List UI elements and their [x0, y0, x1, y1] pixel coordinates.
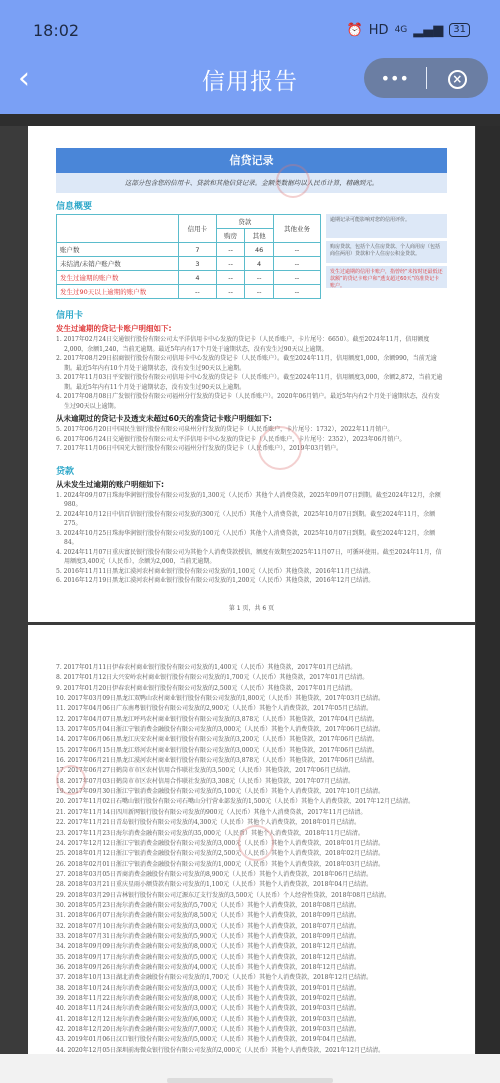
- list-item: 41. 2018年12月12日海尔消费金融有限公司发放的6,000元（人民币）其…: [56, 1015, 445, 1025]
- list-item: 43. 2019年01月06日汉口银行股份有限公司发放的5,000元（人民币）其…: [56, 1035, 445, 1045]
- list-item: 35. 2018年09月17日海尔消费金融有限公司发放的5,000元（人民币）其…: [56, 953, 445, 963]
- list-item: 13. 2017年05月04日浙江宁银消费金融股份有限公司发放的3,000元（人…: [56, 725, 445, 735]
- hd-indicator: HD: [369, 23, 389, 38]
- overdue-cards-title: 发生过逾期的贷记卡账户明细如下:: [56, 323, 475, 334]
- status-time: 18:02: [33, 21, 79, 40]
- list-item: 16. 2017年06月21日黑龙江漠河农村商业银行股份有限公司发放的3,878…: [56, 756, 445, 766]
- summary-heading: 信息概要: [56, 199, 475, 212]
- home-indicator[interactable]: [167, 1078, 333, 1083]
- list-item: 14. 2017年06月06日黑龙江庆安农村商业银行股份有限公司发放的3,200…: [56, 735, 445, 745]
- list-item: 1. 2017年02月24日交通银行股份有限公司太平洋信用卡中心发放的贷记卡（人…: [56, 335, 445, 354]
- bottom-bar: [0, 1054, 500, 1083]
- close-circle-icon: ×: [448, 70, 467, 89]
- list-item: 37. 2018年10月13日湖北消费金融股份有限公司发放的1,700元（人民币…: [56, 973, 445, 983]
- list-item: 20. 2017年11月02日石嘴山银行股份有限公司石嘴山分行营业部发放的1,5…: [56, 797, 445, 807]
- list-item: 42. 2018年12月20日海尔消费金融有限公司发放的7,000元（人民币）其…: [56, 1025, 445, 1035]
- document-page-1: 信贷记录 这部分包含您的信用卡、贷款和其他信贷记录。金额类数据均以人民币计算，精…: [28, 126, 475, 622]
- list-item: 36. 2018年09月26日海尔消费金融有限公司发放的4,000元（人民币）其…: [56, 963, 445, 973]
- list-item: 30. 2018年05月23日海尔消费金融有限公司发放的5,700元（人民币）其…: [56, 901, 445, 911]
- list-item: 18. 2017年07月03日鹤岗市市区农村信用合作联社发放的3,308元（人民…: [56, 777, 445, 787]
- section-header: 信贷记录: [56, 148, 447, 173]
- note-item: 逾期记录可能影响对您的信用评价。: [326, 214, 447, 238]
- list-item: 19. 2017年09月30日浙江宁银消费金融股份有限公司发放的5,100元（人…: [56, 787, 445, 797]
- list-item: 5. 2016年11月11日黑龙江漠河农村商业银行股份有限公司发放的1,100元…: [56, 567, 445, 577]
- list-item: 38. 2018年10月24日海尔消费金融有限公司发放的3,000元（人民币）其…: [56, 984, 445, 994]
- list-item: 4. 2024年11月07日重庆富民银行股份有限公司为其他个人消费贷款授信，额度…: [56, 548, 445, 567]
- list-item: 5. 2017年06月20日中国民生银行股份有限公司泉州分行发放的贷记卡（人民币…: [56, 425, 445, 435]
- close-button[interactable]: ×: [427, 68, 489, 89]
- list-item: 21. 2017年11月14日四川新网银行股份有限公司发放的900元（人民币）其…: [56, 808, 445, 818]
- col-other-business: 其他业务: [273, 215, 320, 243]
- loan-list: 1. 2024年09月07日珠海华润银行股份有限公司发放的1,300元（人民币）…: [56, 491, 445, 586]
- alarm-icon: ⏰: [347, 23, 363, 38]
- seal-stamp: [276, 164, 310, 198]
- col-loan: 贷款: [216, 215, 273, 229]
- col-credit-card: 信用卡: [179, 215, 217, 243]
- seal-stamp: [258, 426, 302, 470]
- seal-stamp: [56, 765, 86, 795]
- col-other: 其他: [245, 229, 274, 243]
- table-row: 发生过逾期的账户数 4 -- -- --: [57, 271, 321, 285]
- list-item: 27. 2018年03月05日晋商消费金融股份有限公司发放的8,900元（人民币…: [56, 870, 445, 880]
- credit-card-heading: 信用卡: [56, 308, 475, 321]
- list-item: 17. 2017年06月27日鹤岗市市区农村信用合作联社发放的3,500元（人民…: [56, 766, 445, 776]
- viewer-toolbar-strip: [0, 114, 500, 126]
- list-item: 6. 2016年12月19日黑龙江漠河农村商业银行股份有限公司发放的1,200元…: [56, 576, 445, 586]
- list-item: 7. 2017年11月06日中国光大银行股份有限公司福州分行发放的贷记卡（人民币…: [56, 444, 445, 454]
- app-header: 18:02 ⏰ HD 4G ▂▄▆ 31 ‹ 信用报告 ••• ×: [0, 0, 500, 114]
- summary-block: 信用卡 贷款 其他业务 购房 其他 账户数 7 -- 46 -- 未结清/未销户…: [56, 214, 447, 299]
- overdue-card-list: 1. 2017年02月24日交通银行股份有限公司太平洋信用卡中心发放的贷记卡（人…: [56, 335, 445, 411]
- note-item: 发生过逾期的信用卡账户，指曾经“未按时还最低还款额”的贷记卡账户和“透支超过60…: [326, 266, 447, 288]
- list-item: 39. 2018年11月22日海尔消费金融有限公司发放的8,000元（人民币）其…: [56, 994, 445, 1004]
- normal-cards-title: 从未逾期过的贷记卡及透支未超过60天的准贷记卡账户明细如下:: [56, 413, 475, 424]
- list-item: 31. 2018年06月07日海尔消费金融有限公司发放的8,500元（人民币）其…: [56, 911, 445, 921]
- nav-bar: ‹ 信用报告 ••• ×: [0, 58, 500, 102]
- page-footer: 第 1 页，共 6 页: [28, 603, 475, 612]
- table-row: 未结清/未销户账户数 3 -- 4 --: [57, 257, 321, 271]
- list-item: 7. 2017年01月11日伊春农村商业银行股份有限公司发放的1,400元（人民…: [56, 663, 445, 673]
- list-item: 2. 2017年08月29日招商银行股份有限公司信用卡中心发放的贷记卡（人民币账…: [56, 354, 445, 373]
- mini-program-capsule: ••• ×: [364, 58, 488, 98]
- document-page-2: 7. 2017年01月11日伊春农村商业银行股份有限公司发放的1,400元（人民…: [28, 625, 475, 1075]
- list-item: 15. 2017年06月15日黑龙江塔河农村商业银行股份有限公司发放的3,000…: [56, 746, 445, 756]
- list-item: 3. 2017年11月03日平安银行股份有限公司信用卡中心发放的贷记卡（人民币账…: [56, 373, 445, 392]
- col-housing: 购房: [216, 229, 245, 243]
- list-item: 4. 2017年08月08日广发银行股份有限公司福州分行发放的贷记卡（人民币账户…: [56, 392, 445, 411]
- list-item: 11. 2017年04月06日广东南粤银行股份有限公司发放的2,900元（人民币…: [56, 704, 445, 714]
- list-item: 32. 2018年07月10日海尔消费金融有限公司发放的3,000元（人民币）其…: [56, 922, 445, 932]
- table-row: 发生过90天以上逾期的账户数 -- -- -- --: [57, 285, 321, 299]
- list-item: 33. 2018年07月31日海尔消费金融有限公司发放的5,900元（人民币）其…: [56, 932, 445, 942]
- loans-heading: 贷款: [56, 464, 475, 477]
- loans-title: 从未发生过逾期的账户明细如下:: [56, 479, 475, 490]
- more-dots-icon: •••: [381, 69, 409, 88]
- list-item: 34. 2018年09月09日海尔消费金融有限公司发放的8,000元（人民币）其…: [56, 942, 445, 952]
- list-item: 9. 2017年01月20日伊春农村商业银行股份有限公司发放的2,500元（人民…: [56, 684, 445, 694]
- list-item: 12. 2017年04月07日黑龙江呼玛农村商业银行股份有限公司发放的3,878…: [56, 715, 445, 725]
- list-item: 26. 2018年02月01日浙江宁银消费金融股份有限公司发放的1,000元（人…: [56, 860, 445, 870]
- battery-icon: 31: [449, 23, 470, 37]
- list-item: 3. 2024年10月25日珠海华润银行股份有限公司发放的100元（人民币）其他…: [56, 529, 445, 548]
- summary-notes: 逾期记录可能影响对您的信用评价。 购房贷款，包括个人住房贷款、个人商用房（包括商…: [326, 214, 447, 299]
- table-row: 账户数 7 -- 46 --: [57, 243, 321, 257]
- signal-icon: ▂▄▆: [413, 23, 443, 38]
- list-item: 10. 2017年03月09日黑龙江双鸭山农村商业银行股份有限公司发放的1,80…: [56, 694, 445, 704]
- document-viewer[interactable]: 信贷记录 这部分包含您的信用卡、贷款和其他信贷记录。金额类数据均以人民币计算，精…: [0, 114, 500, 1083]
- status-bar: 18:02 ⏰ HD 4G ▂▄▆ 31: [33, 18, 470, 42]
- list-item: 2. 2024年10月12日中信百信银行股份有限公司发放的300元（人民币）其他…: [56, 510, 445, 529]
- seal-stamp: [238, 825, 274, 861]
- list-item: 6. 2017年06月24日交通银行股份有限公司太平洋信用卡中心发放的贷记卡（人…: [56, 435, 445, 445]
- network-indicator: 4G: [395, 25, 408, 35]
- normal-card-list: 5. 2017年06月20日中国民生银行股份有限公司泉州分行发放的贷记卡（人民币…: [56, 425, 445, 454]
- viewer-scrollbar[interactable]: [476, 126, 500, 1061]
- more-button[interactable]: •••: [364, 69, 426, 88]
- list-item: 1. 2024年09月07日珠海华润银行股份有限公司发放的1,300元（人民币）…: [56, 491, 445, 510]
- list-item: 29. 2018年03月29日吉林银行股份有限公司辽源东辽支行发放的3,500元…: [56, 891, 445, 901]
- list-item: 8. 2017年01月12日大兴安岭农村商业银行股份有限公司发放的1,700元（…: [56, 673, 445, 683]
- list-item: 28. 2018年03月21日重庆星雨小额贷款有限公司发放的1,100元（人民币…: [56, 880, 445, 890]
- list-item: 40. 2018年11月24日海尔消费金融有限公司发放的3,000元（人民币）其…: [56, 1004, 445, 1014]
- note-item: 购房贷款，包括个人住房贷款、个人商用房（包括商住两用）贷款和个人住房公积金贷款。: [326, 241, 447, 263]
- section-subtitle: 这部分包含您的信用卡、贷款和其他信贷记录。金额类数据均以人民币计算，精确到元。: [56, 173, 447, 193]
- summary-table: 信用卡 贷款 其他业务 购房 其他 账户数 7 -- 46 -- 未结清/未销户…: [56, 214, 321, 299]
